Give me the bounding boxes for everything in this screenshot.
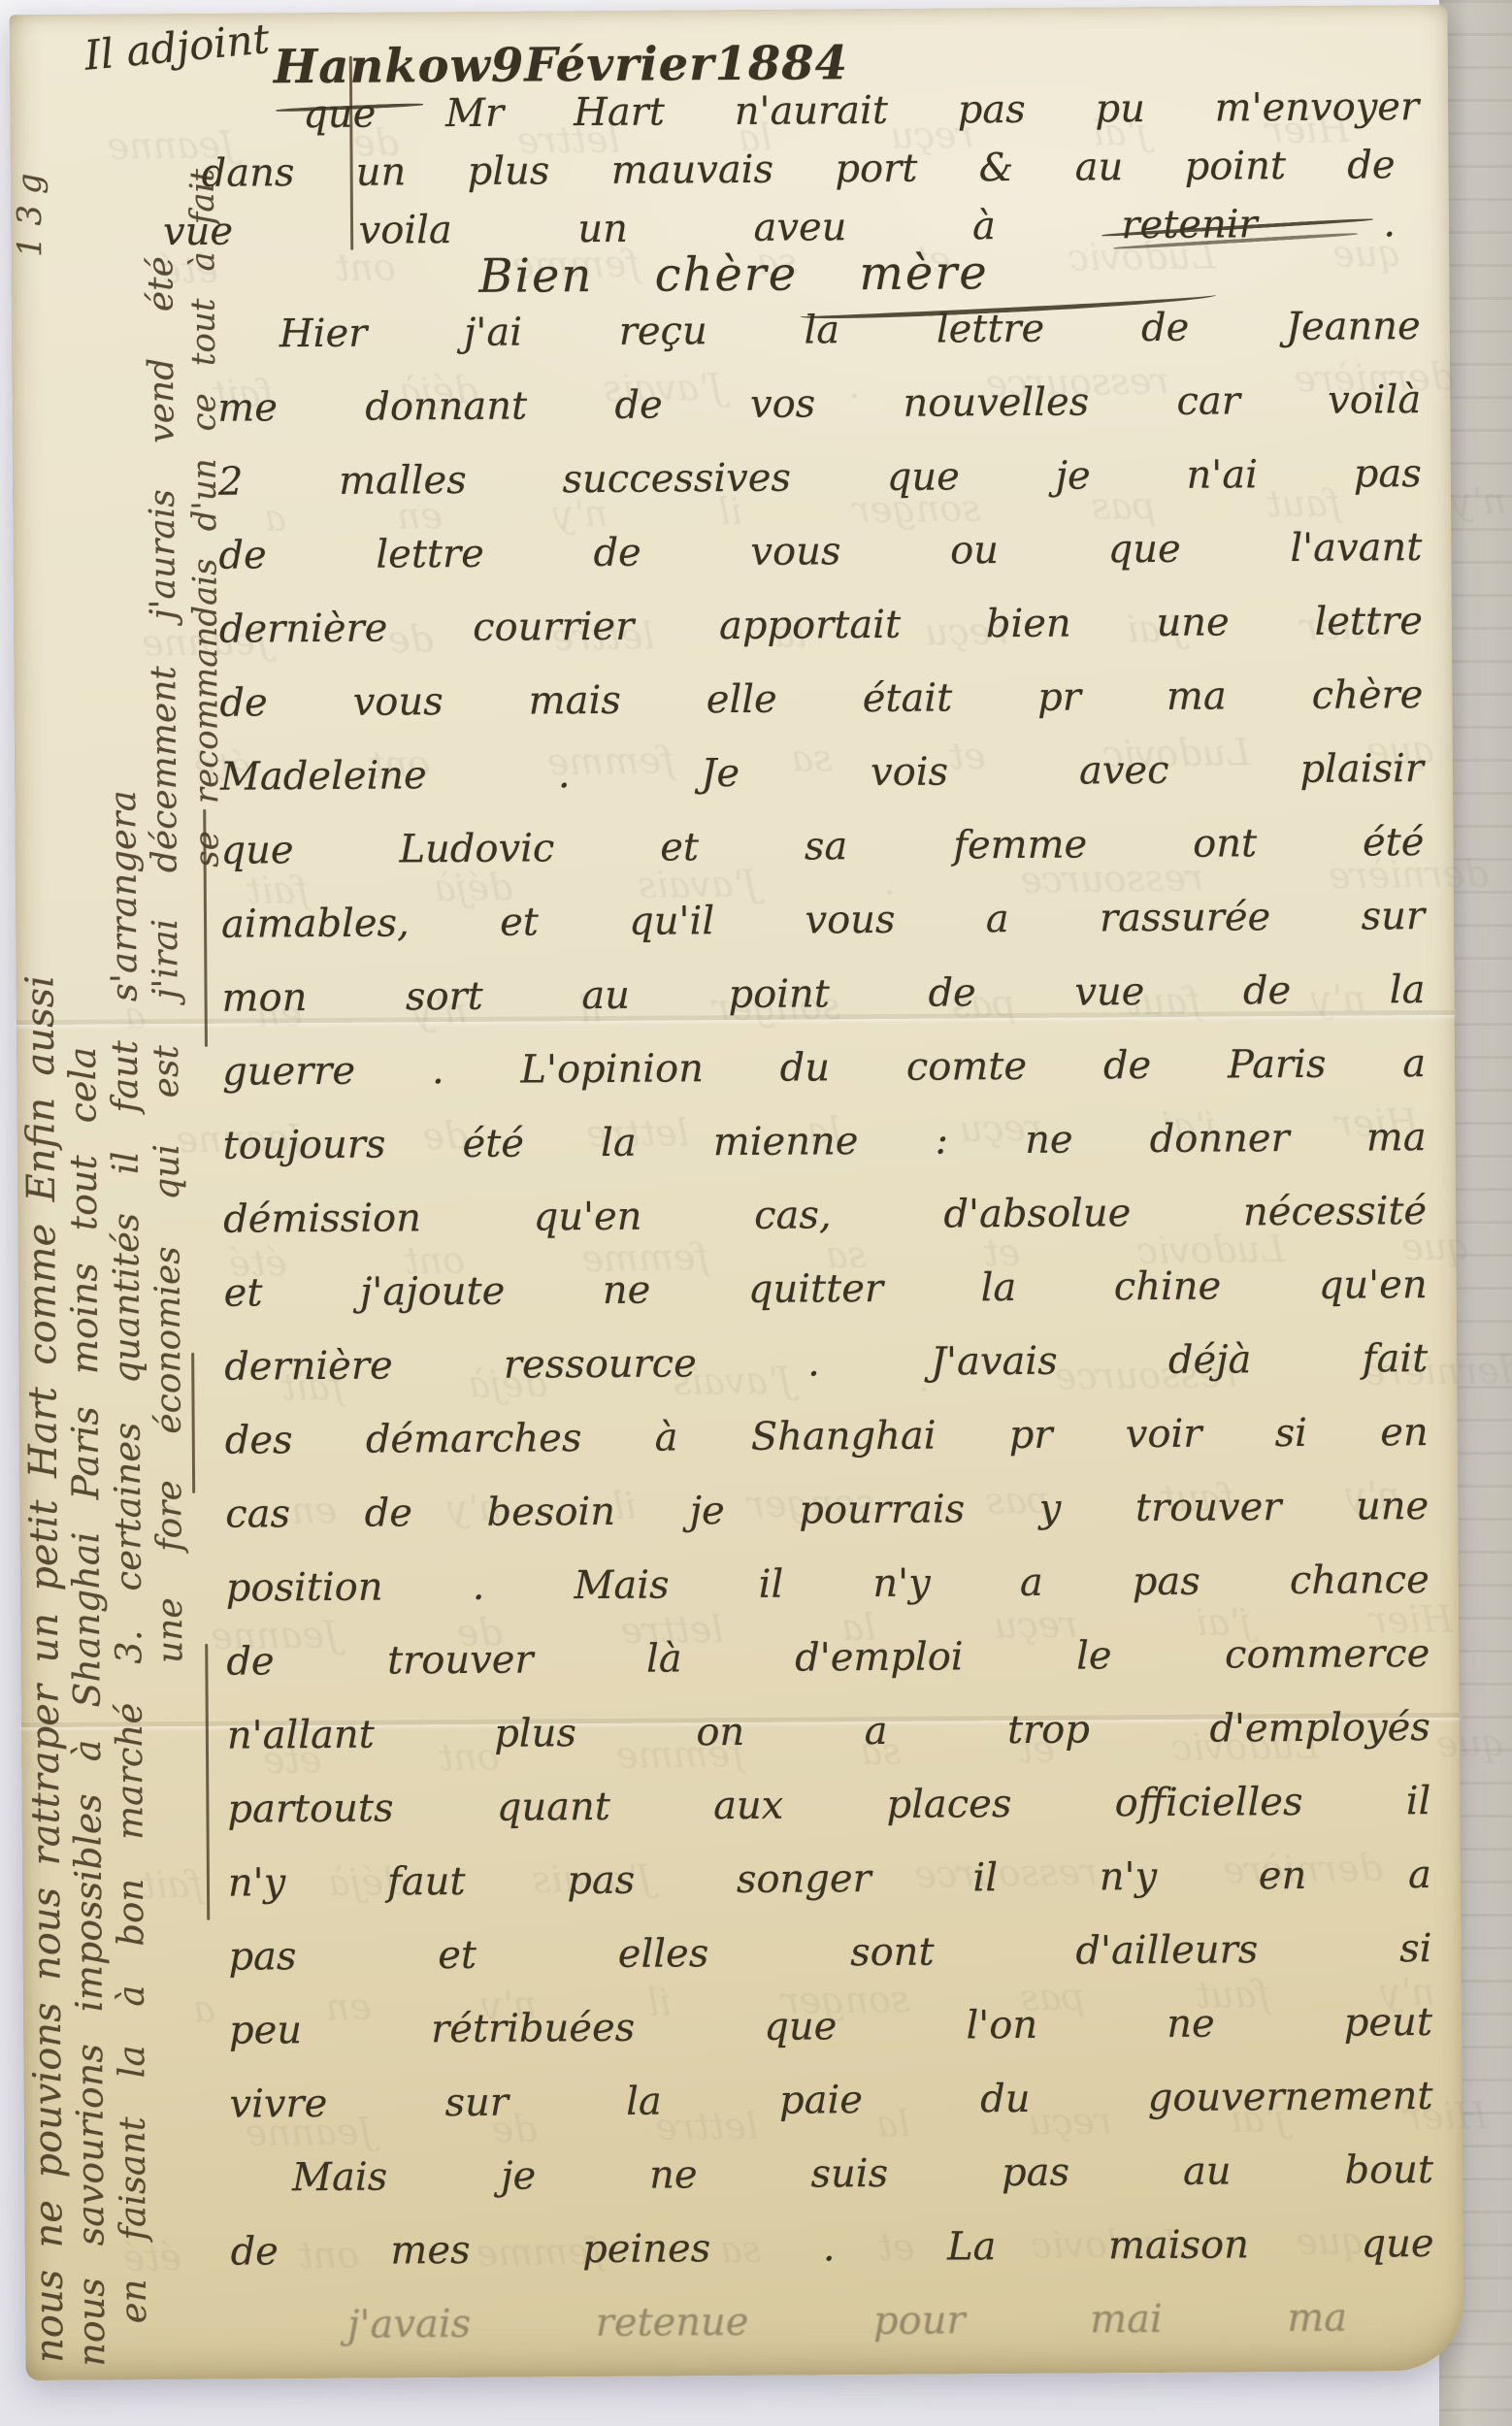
word: aveu [753, 205, 846, 250]
word: décemment [144, 666, 184, 872]
word: Jeanne [1286, 304, 1421, 349]
word: donnant [365, 383, 527, 429]
word: démission [223, 1196, 421, 1241]
word: voila [359, 208, 452, 253]
word: reçu [619, 309, 707, 354]
word: trouver [1135, 1485, 1282, 1530]
word: de [928, 970, 976, 1015]
word: ma [1287, 2296, 1347, 2341]
word: plaisir [1299, 746, 1424, 792]
word: aimables, [221, 901, 410, 946]
word: dernière [219, 606, 388, 651]
word: j'ai [464, 311, 522, 355]
word: savourions [68, 2044, 112, 2246]
word: mon [221, 975, 307, 1021]
word: peu [229, 2008, 302, 2053]
word: pas [567, 1858, 635, 1903]
word: s'arrangera [102, 790, 146, 1001]
word: cas [225, 1492, 290, 1536]
word: de [1243, 968, 1292, 1013]
word: vous [750, 529, 840, 574]
margin-rule [205, 1644, 210, 1920]
word: me [217, 385, 278, 430]
word: marché [109, 1703, 151, 1841]
word: que [887, 454, 960, 500]
word: faut [104, 1040, 147, 1113]
word: Enfin [18, 1098, 64, 1202]
word: Hier [279, 311, 368, 357]
word: je [689, 1489, 724, 1533]
word: trop [1007, 1707, 1090, 1753]
word: été [141, 256, 181, 311]
word: . [1383, 201, 1396, 246]
word: vue [1074, 969, 1144, 1015]
dateline: Hankow9Février1884 [274, 36, 817, 94]
word: de [593, 531, 641, 575]
word: des [225, 1418, 293, 1462]
word: Mais [292, 2155, 387, 2201]
word: Ludovic [399, 826, 554, 871]
word: vois [871, 749, 948, 795]
word: du [980, 2077, 1031, 2121]
word: elle [707, 677, 777, 723]
word: petit [21, 1499, 67, 1591]
margin-column: uneforeéconomiesquiestj'iraidécemmentj'a… [141, 256, 190, 1663]
word: sur [1361, 894, 1425, 938]
word: qui [148, 1144, 187, 1200]
word: sa [805, 824, 848, 869]
word: besoin [486, 1490, 615, 1535]
word: courrier [473, 605, 634, 650]
word: de [1103, 1043, 1152, 1088]
word: vos [750, 381, 816, 426]
word: vous [805, 898, 895, 943]
margin-cross-writing: nousnepouvionsnousrattraperunpetitHartco… [10, 5, 1448, 15]
word: que [764, 2004, 837, 2049]
word: que [1361, 2221, 1433, 2267]
word: d'emploi [795, 1634, 964, 1680]
word: vue [163, 210, 233, 255]
word: ne [603, 1268, 651, 1313]
word: point [1184, 144, 1286, 189]
word: de [1141, 306, 1190, 350]
word: faisant [112, 2116, 154, 2241]
word: une [150, 1597, 190, 1663]
letter-line: Madeleine.Jevoisavecplaisir [220, 746, 1425, 829]
word: ma [1167, 673, 1227, 718]
word: j'irai [146, 919, 186, 1000]
word: donner [1150, 1116, 1290, 1162]
word: quantités [105, 1213, 148, 1384]
word: nécessité [1243, 1189, 1427, 1234]
photo-backdrop: Hierj'aireçulalettredeJeannequeLudovicet… [0, 0, 1512, 2426]
word: Shanghai [751, 1414, 937, 1459]
note-line: dansunplusmauvaisport&aupointde [201, 143, 1395, 196]
word: comte [906, 1044, 1027, 1090]
letter-line: 2mallessuccessivesquejen'aipas [218, 451, 1423, 534]
word: lettre [1314, 599, 1423, 644]
word: là [646, 1636, 682, 1681]
word: & [979, 146, 1014, 190]
word: mai [1090, 2297, 1163, 2343]
word: malles [339, 458, 467, 504]
word: nous [24, 1887, 70, 1981]
word: commerce [1225, 1631, 1430, 1677]
word: ont [1193, 821, 1257, 866]
word: pourrais [799, 1487, 965, 1532]
word: la [626, 2080, 662, 2124]
word: pr [1009, 1413, 1053, 1458]
word: voir [1126, 1412, 1202, 1458]
word: pas [1354, 451, 1422, 496]
word: pas [228, 1934, 296, 1979]
corner-mark: 1 3 g [10, 29, 50, 257]
letter-line: j'avaisretenuepourmaima [231, 2295, 1435, 2377]
word: pas [1002, 2150, 1069, 2195]
word: d'employés [1209, 1705, 1430, 1752]
word: maison [1108, 2222, 1249, 2268]
word: suis [810, 2151, 888, 2197]
word: de [1347, 143, 1396, 187]
letter-line: monsortaupointdevuedela [221, 967, 1426, 1050]
letter-line: guerre.L'opinionducomtedeParisa [222, 1041, 1427, 1124]
word: de [365, 1491, 413, 1535]
word: la [1390, 967, 1426, 1012]
word: ne [26, 2200, 71, 2248]
word: peut [1344, 2000, 1432, 2046]
letter-line: demespeines.Lamaisonque [230, 2221, 1434, 2304]
word: . [823, 2225, 836, 2270]
word: nous [70, 2278, 114, 2367]
word: ne [1167, 2002, 1215, 2047]
word: la [980, 1265, 1016, 1310]
word: a [1402, 1041, 1426, 1086]
word: 1884 [714, 36, 848, 91]
word: que [220, 828, 293, 873]
word: Mais [574, 1562, 669, 1608]
word: gouvernement [1148, 2074, 1433, 2120]
word: de [219, 680, 268, 725]
letter-line: n'allantplusonatropd'employés [227, 1705, 1431, 1787]
salutation: Bien chère mère [478, 246, 989, 304]
note-line: queMrHartn'auraitpaspum'envoyer [303, 84, 1419, 137]
word: un [22, 1613, 67, 1663]
word: dernière [224, 1343, 393, 1389]
word: plus [494, 1711, 576, 1756]
word: il [972, 1855, 998, 1900]
word: chance [1290, 1557, 1430, 1603]
word: la [804, 308, 839, 352]
word: . [807, 1340, 820, 1385]
word: pas [958, 87, 1026, 132]
word: plus [468, 148, 550, 194]
letter-line: dernièrecourrierapportaitbienunelettre [219, 599, 1424, 681]
word: en [113, 2278, 154, 2323]
letter-line: delettredevousouquel'avant [218, 525, 1423, 607]
word: pu [1095, 86, 1145, 131]
word: dans [201, 150, 294, 196]
word: on [696, 1710, 744, 1754]
word: et [660, 825, 699, 869]
word: La [947, 2224, 997, 2269]
word: 9 [491, 38, 525, 92]
word: a [865, 1709, 888, 1754]
word: mais [529, 678, 621, 724]
word: que [1435, 1721, 1505, 1765]
word: vivre [229, 2082, 327, 2127]
word: certaines [107, 1423, 149, 1591]
word: Mr [445, 91, 504, 136]
word: Shanghai [64, 1531, 108, 1708]
word: rattraper [23, 1685, 69, 1866]
word: de [614, 383, 663, 428]
word: j'ajoute [360, 1269, 506, 1315]
letter-line: casdebesoinjepourraisytrouverune [225, 1484, 1430, 1566]
word: 2 [218, 460, 244, 505]
word: officielles [1114, 1780, 1302, 1825]
word: . [472, 1564, 484, 1609]
word: qu'il [629, 899, 714, 944]
word: pr [1037, 675, 1081, 720]
word: rétribuées [431, 2006, 635, 2051]
word: cas, [754, 1193, 832, 1238]
word: démarches [366, 1416, 582, 1462]
word: bien [986, 602, 1071, 647]
word: L'opinion [520, 1046, 704, 1092]
word: Madeleine [220, 753, 427, 799]
word: vous [353, 679, 444, 725]
margin-emphasis-lines [10, 5, 1448, 15]
word: a [1408, 1852, 1431, 1897]
letter-line: devousmaiselleétaitprmachère [219, 672, 1424, 755]
word: rassurée [1100, 895, 1271, 940]
word: la [601, 1121, 637, 1165]
word: nous [27, 2270, 73, 2363]
word: si [1275, 1411, 1308, 1456]
word: l'on [966, 2003, 1037, 2049]
letter-line: pasetellessontd'ailleurssi [228, 1926, 1432, 2009]
word: fait [1363, 1336, 1429, 1381]
word: chine [1114, 1264, 1222, 1310]
word: m'envoyer [1215, 84, 1420, 130]
word: été [1363, 820, 1425, 865]
word: aux [713, 1784, 783, 1829]
letter-line: peurétribuéesquel'onnepeut [229, 2000, 1433, 2082]
letter-line: detrouverlàd'emploilecommerce [226, 1631, 1430, 1714]
word: ne [1025, 1118, 1073, 1163]
word: quitter [748, 1266, 883, 1312]
word: chère [1312, 672, 1424, 718]
word: ne [649, 2152, 698, 2197]
word: apportait [719, 603, 901, 648]
word: tout [62, 1155, 106, 1230]
word: Hart [574, 89, 665, 135]
margin-rule [191, 1353, 195, 1493]
word: qu'en [533, 1195, 641, 1240]
word: vend [142, 358, 182, 443]
word: en [1259, 1853, 1307, 1898]
letter-line: etj'ajoutenequitterlachinequ'en [224, 1262, 1429, 1345]
word: Je [701, 751, 740, 796]
word: ma [1366, 1115, 1427, 1160]
word: est [147, 1045, 186, 1098]
word: sort [406, 974, 483, 1020]
word: je [501, 2153, 536, 2198]
letter-line: Hierj'aireçulalettredeJeanne [217, 304, 1422, 386]
letter-line: dernièreressource.J'avaisdéjàfait [224, 1336, 1429, 1419]
word: une [1356, 1484, 1430, 1529]
word: Hankow [274, 39, 491, 95]
word: avec [1079, 748, 1169, 794]
letter-paper: Hierj'aireçulalettredeJeannequeLudovicet… [10, 5, 1464, 2380]
word: au [581, 973, 630, 1018]
word: . [432, 1048, 444, 1093]
letter-line: medonnantdevosnouvellescarvoilà [217, 377, 1422, 460]
word: que [1108, 527, 1181, 573]
letter-line: queLudovicetsafemmeontété [220, 820, 1425, 902]
word: à [972, 204, 996, 248]
word: quant [497, 1785, 610, 1830]
letter-line: démissionqu'encas,d'absoluenécessité [223, 1189, 1428, 1271]
word: femme [953, 822, 1087, 868]
word: j'aurais [143, 489, 183, 620]
word: un [356, 149, 407, 194]
word: la [111, 2045, 152, 2078]
word: n'allant [227, 1713, 375, 1758]
word: a [1020, 1560, 1043, 1605]
margin-top-note: Il adjoint [82, 15, 272, 80]
word: du [780, 1045, 831, 1090]
body-lines: Hierj'aireçulalettredeJeannemedonnantdev… [217, 304, 1435, 2377]
word: je [1055, 453, 1090, 498]
word: d'absolue [943, 1191, 1131, 1236]
word: de [226, 1639, 275, 1684]
word: y [1039, 1487, 1062, 1531]
letter-line: Maisjenesuispasaubout [230, 2147, 1434, 2230]
word: fore [149, 1480, 190, 1552]
letter-line: desdémarchesàShanghaiprvoirsien [225, 1410, 1430, 1492]
word: moins [62, 1262, 106, 1374]
word: car [1176, 378, 1240, 423]
word: . [558, 752, 571, 797]
word: déjà [1168, 1337, 1252, 1383]
word: nouvelles [903, 379, 1089, 425]
word: au [1075, 145, 1124, 189]
word: d'ailleurs [1075, 1927, 1258, 1973]
word: mienne [713, 1119, 859, 1164]
letter-line: aimables,etqu'ilvousarassuréesur [221, 894, 1426, 976]
word: n'y [872, 1561, 931, 1606]
word: impossibles [66, 1793, 111, 2012]
word: en [1380, 1410, 1429, 1455]
word: Février [524, 37, 715, 92]
fold-creases [10, 5, 1448, 15]
word: une [1156, 600, 1230, 645]
word: position [226, 1565, 383, 1611]
word: a [193, 1987, 215, 2030]
word: port [835, 147, 917, 192]
word: que [303, 92, 376, 138]
word: qu'en [1319, 1262, 1428, 1308]
word: places [886, 1782, 1011, 1827]
letter-line: vivresurlapaiedugouvernement [229, 2074, 1433, 2156]
word: guerre [222, 1049, 355, 1095]
word: et [438, 1933, 477, 1978]
word: pouvions [25, 2002, 71, 2179]
word: bon [110, 1879, 151, 1947]
word: mauvais [611, 148, 774, 193]
word: aussi [17, 975, 63, 1076]
word: à [183, 251, 222, 272]
word: successives [562, 456, 791, 503]
word: et [224, 1270, 263, 1315]
word: de [230, 2229, 279, 2274]
word: à [66, 1740, 109, 1762]
word: à [111, 1984, 152, 2006]
word: il [105, 1151, 147, 1174]
word: bout [1344, 2147, 1433, 2193]
word: était [863, 675, 953, 721]
word: le [1076, 1633, 1112, 1678]
word: faut [387, 1859, 466, 1905]
word: sur [444, 2081, 509, 2125]
word: point [728, 971, 830, 1017]
word: n'aurait [735, 88, 889, 134]
word: lettre [376, 532, 484, 577]
word: pour [873, 2298, 966, 2344]
word: retenue [596, 2300, 749, 2345]
word: Hart [20, 1387, 66, 1478]
word: paie [779, 2078, 863, 2123]
word: elles [618, 1931, 709, 1977]
word: de [218, 533, 267, 577]
letter-line: n'yfautpassongeriln'yena [228, 1852, 1432, 1935]
letter-line: partoutsquantauxplacesofficiellesil [227, 1779, 1431, 1861]
word: : [935, 1118, 948, 1163]
word: n'y [1100, 1854, 1158, 1899]
word: trouver [387, 1637, 534, 1683]
word: économies [148, 1246, 188, 1434]
word: Paris [64, 1406, 108, 1500]
word: j'avais [347, 2302, 471, 2347]
word: au [1183, 2148, 1232, 2193]
word: ou [950, 528, 999, 573]
word: l'avant [1290, 525, 1422, 571]
word: peines [582, 2226, 710, 2272]
word: été [462, 1122, 524, 1166]
word: n'ai [1186, 452, 1258, 498]
word: n'y [1451, 479, 1506, 523]
word: songer [737, 1856, 871, 1902]
ghost-writing-layer: Hierj'aireçulalettredeJeannequeLudovicet… [10, 5, 1448, 15]
word: à [654, 1415, 677, 1459]
word: pas [1133, 1559, 1200, 1604]
word: 3. [108, 1629, 149, 1664]
letter-line: toujoursétélamienne:nedonnerma [222, 1115, 1427, 1197]
word: ressource [504, 1341, 697, 1387]
word: a [986, 897, 1009, 941]
word: sont [850, 1930, 935, 1976]
word: et [500, 900, 539, 944]
word: toujours [222, 1123, 385, 1168]
word: un [577, 207, 628, 251]
word: il [1406, 1779, 1431, 1823]
word: comme [19, 1224, 65, 1365]
word: lettre [937, 307, 1045, 352]
word: il [759, 1562, 784, 1607]
word: J'avais [931, 1339, 1058, 1385]
word: voilà [1328, 377, 1421, 423]
